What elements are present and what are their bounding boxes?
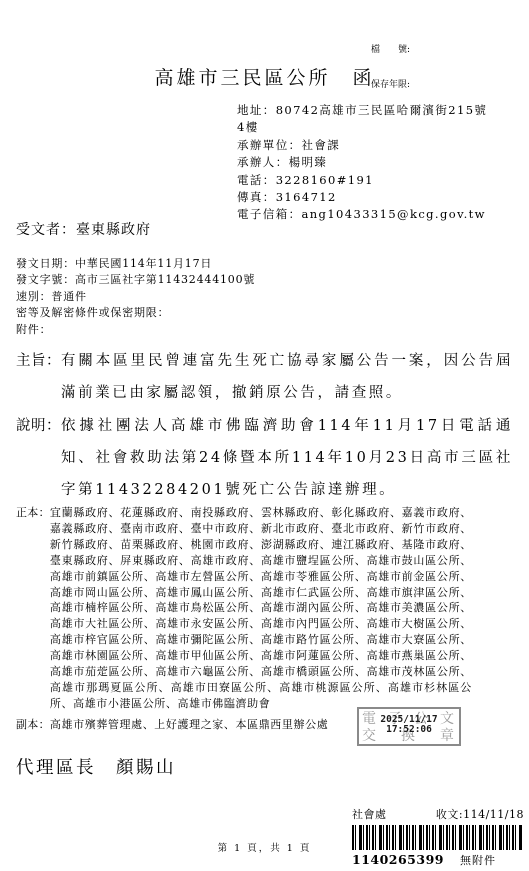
subject-text: 有關本區里民曾連富先生死亡協尋家屬公告一案，因公告屆滿前業已由家屬認領，撤銷原公… [61,345,513,409]
issue-number-line: 發文字號：高市三區社字第11432444100號 [16,272,255,288]
receipt-attachment-note: 無附件 [460,852,496,868]
sender-unit: 承辦單位：社會課 [237,137,491,154]
attachment-line: 附件： [16,322,255,338]
exchange-stamp-time: 17:52:06 [359,725,459,735]
document-title: 高雄市三民區公所 函 [0,63,529,90]
official-letter-page: 檔 號: 保存年限: 高雄市三民區公所 函 地址：80742高雄市三民區哈爾濱街… [0,0,529,871]
sender-info-block: 地址：80742高雄市三民區哈爾濱街215號4樓 承辦單位：社會課 承辦人：楊明… [237,102,491,224]
security-line: 密等及解密條件或保密期限： [16,305,255,321]
page-number-footer: 第 1 頁，共 1 頁 [0,840,529,854]
issue-date-line: 發文日期：中華民國114年11月17日 [16,256,255,272]
subject-label: 主旨： [16,345,61,377]
recipient-line: 受文者：臺東縣政府 [16,219,151,239]
receipt-office: 社會處 [352,806,387,822]
sender-address: 地址：80742高雄市三民區哈爾濱街215號4樓 [237,102,491,137]
sender-email: 電子信箱：ang10433315@kcg.gov.tw [237,206,491,223]
electronic-exchange-stamp: 電子公文 交換章 2025/11/17 17:52:06 [357,707,461,746]
signer-title-name: 代理區長 顏賜山 [16,754,176,779]
receipt-stamp: 社會處 收文:114/11/18 1140265399 無附件 [352,806,524,868]
subject-paragraph: 主旨： 有關本區里民曾連富先生死亡協尋家屬公告一案，因公告屆滿前業已由家屬認領，… [16,345,513,409]
original-copy-paragraph: 正本： 宜蘭縣政府、花蓮縣政府、南投縣政府、雲林縣政府、彰化縣政府、嘉義市政府、… [16,505,472,712]
receipt-date: 收文:114/11/18 [436,806,524,822]
exchange-stamp-datetime: 2025/11/17 17:52:06 [359,715,459,735]
sender-officer: 承辦人：楊明臻 [237,154,491,171]
explanation-label: 說明： [16,410,61,442]
explanation-paragraph: 說明： 依據社團法人高雄市佛臨濟助會114年11月17日電話通知、社會救助法第2… [16,410,513,506]
original-copy-label: 正本： [16,505,50,521]
sender-fax: 傳真：3164712 [237,189,491,206]
file-number-label: 檔 號: [371,45,410,57]
receipt-serial-number: 1140265399 [352,852,444,867]
document-meta-block: 發文日期：中華民國114年11月17日 發文字號：高市三區社字第11432444… [16,256,255,338]
priority-line: 速別：普通件 [16,289,255,305]
original-copy-text: 宜蘭縣政府、花蓮縣政府、南投縣政府、雲林縣政府、彰化縣政府、嘉義市政府、嘉義縣政… [50,505,472,712]
explanation-text: 依據社團法人高雄市佛臨濟助會114年11月17日電話通知、社會救助法第24條暨本… [61,410,513,506]
sender-phone: 電話：3228160#191 [237,172,491,189]
carbon-copy-label: 副本： [16,717,50,733]
